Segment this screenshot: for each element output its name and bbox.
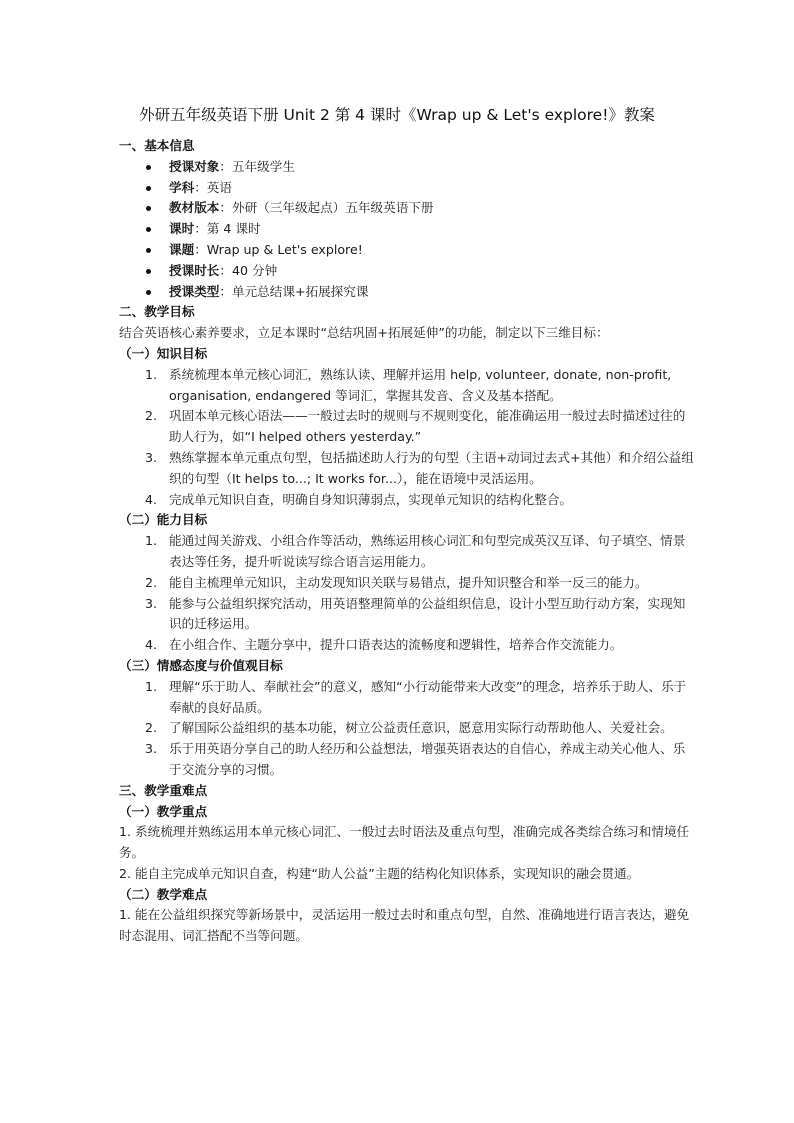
document-title: 外研五年级英语下册 Unit 2 第 4 课时《Wrap up & Let's …: [0, 104, 794, 126]
section-heading-keypoints: 三、教学重难点: [119, 781, 694, 802]
list-item: 2.巩固本单元核心语法——一般过去时的规则与不规则变化，能准确运用一般过去时描述…: [119, 406, 694, 448]
bullet-icon: [146, 186, 151, 191]
goals-intro: 结合英语核心素养要求，立足本课时“总结巩固+拓展延伸”的功能，制定以下三维目标：: [119, 323, 694, 344]
knowledge-goals-list: 1.系统梳理本单元核心词汇，熟练认读、理解并运用 help, volunteer…: [119, 365, 694, 511]
subsection-heading-knowledge: （一）知识目标: [119, 344, 694, 365]
list-item: 1.理解“乐于助人、奉献社会”的意义，感知“小行动能带来大改变”的理念，培养乐于…: [119, 677, 694, 719]
subsection-heading-focus: （一）教学重点: [119, 802, 694, 823]
bullet-icon: [146, 269, 151, 274]
focus-item: 2. 能自主完成单元知识自查，构建“助人公益”主题的结构化知识体系，实现知识的融…: [119, 864, 694, 885]
subsection-heading-difficulty: （二）教学难点: [119, 885, 694, 906]
list-item: 1.系统梳理本单元核心词汇，熟练认读、理解并运用 help, volunteer…: [119, 365, 694, 407]
basic-info-item: 授课类型：单元总结课+拓展探究课: [119, 282, 694, 303]
subsection-heading-values: （三）情感态度与价值观目标: [119, 656, 694, 677]
subsection-heading-ability: （二）能力目标: [119, 510, 694, 531]
section-heading-goals: 二、教学目标: [119, 302, 694, 323]
bullet-icon: [146, 206, 151, 211]
list-item: 3.能参与公益组织探究活动，用英语整理简单的公益组织信息，设计小型互助行动方案，…: [119, 594, 694, 636]
basic-info-item: 教材版本：外研（三年级起点）五年级英语下册: [119, 198, 694, 219]
focus-item: 1. 系统梳理并熟练运用本单元核心词汇、一般过去时语法及重点句型，准确完成各类综…: [119, 822, 694, 864]
document-page: 外研五年级英语下册 Unit 2 第 4 课时《Wrap up & Let's …: [0, 0, 794, 1123]
bullet-icon: [146, 290, 151, 295]
list-item: 1.能通过闯关游戏、小组合作等活动，熟练运用核心词汇和句型完成英汉互译、句子填空…: [119, 531, 694, 573]
list-item: 3.乐于用英语分享自己的助人经历和公益想法，增强英语表达的自信心，养成主动关心他…: [119, 739, 694, 781]
document-body: 一、基本信息 授课对象：五年级学生 学科：英语 教材版本：外研（三年级起点）五年…: [119, 136, 694, 947]
list-item: 2.了解国际公益组织的基本功能，树立公益责任意识，愿意用实际行动帮助他人、关爱社…: [119, 718, 694, 739]
basic-info-item: 授课对象：五年级学生: [119, 157, 694, 178]
section-heading-basic-info: 一、基本信息: [119, 136, 694, 157]
basic-info-list: 授课对象：五年级学生 学科：英语 教材版本：外研（三年级起点）五年级英语下册 课…: [119, 157, 694, 303]
ability-goals-list: 1.能通过闯关游戏、小组合作等活动，熟练运用核心词汇和句型完成英汉互译、句子填空…: [119, 531, 694, 656]
bullet-icon: [146, 227, 151, 232]
values-goals-list: 1.理解“乐于助人、奉献社会”的意义，感知“小行动能带来大改变”的理念，培养乐于…: [119, 677, 694, 781]
basic-info-item: 课题：Wrap up & Let's explore!: [119, 240, 694, 261]
basic-info-item: 课时：第 4 课时: [119, 219, 694, 240]
bullet-icon: [146, 248, 151, 253]
basic-info-item: 学科：英语: [119, 178, 694, 199]
basic-info-item: 授课时长：40 分钟: [119, 261, 694, 282]
list-item: 4.在小组合作、主题分享中，提升口语表达的流畅度和逻辑性，培养合作交流能力。: [119, 635, 694, 656]
list-item: 3.熟练掌握本单元重点句型，包括描述助人行为的句型（主语+动词过去式+其他）和介…: [119, 448, 694, 490]
list-item: 2.能自主梳理单元知识，主动发现知识关联与易错点，提升知识整合和举一反三的能力。: [119, 573, 694, 594]
list-item: 4.完成单元知识自查，明确自身知识薄弱点，实现单元知识的结构化整合。: [119, 490, 694, 511]
bullet-icon: [146, 165, 151, 170]
difficulty-item: 1. 能在公益组织探究等新场景中，灵活运用一般过去时和重点句型，自然、准确地进行…: [119, 905, 694, 947]
